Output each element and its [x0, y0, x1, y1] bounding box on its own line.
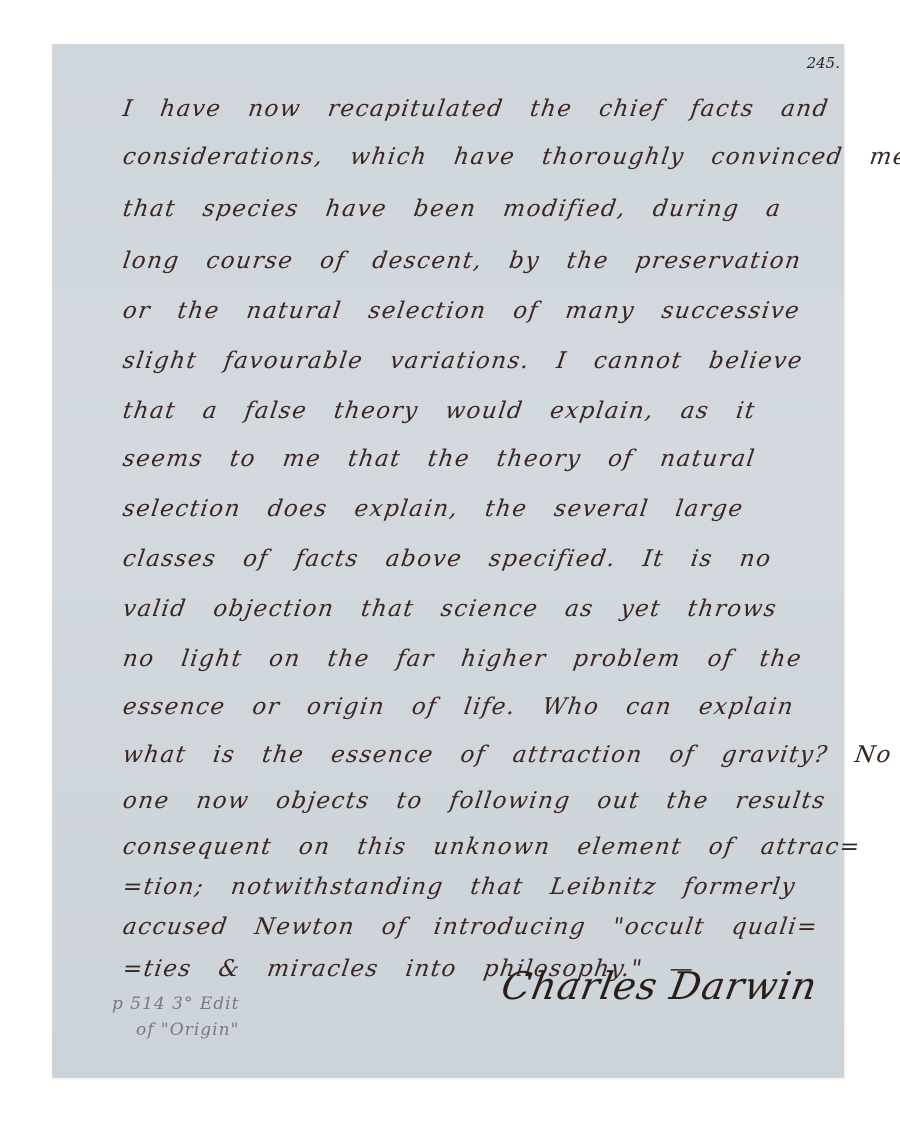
text-line-16: consequent on this unknown element of at…: [119, 834, 815, 874]
text-line-10: classes of facts above specified. It is …: [119, 546, 815, 586]
text-line-1: I have now recapitulated the chief facts…: [119, 96, 815, 136]
text-line-18: accused Newton of introducing "occult qu…: [119, 914, 815, 954]
text-line-3: that species have been modified, during …: [119, 196, 815, 236]
text-line-17: =tion; notwithstanding that Leibnitz for…: [119, 874, 815, 914]
text-line-13: essence or origin of life. Who can expla…: [119, 694, 815, 734]
text-line-6: slight favourable variations. I cannot b…: [119, 348, 815, 388]
margin-note-line-1: p 514 3° Edit: [112, 994, 239, 1014]
text-line-9: selection does explain, the several larg…: [119, 496, 815, 536]
signature: Charles Darwin: [498, 964, 821, 1008]
margin-note-line-2: of "Origin": [136, 1020, 239, 1040]
text-line-12: no light on the far higher problem of th…: [119, 646, 815, 686]
text-line-4: long course of descent, by the preservat…: [119, 248, 815, 288]
text-line-15: one now objects to following out the res…: [119, 788, 815, 828]
text-line-5: or the natural selection of many success…: [119, 298, 815, 338]
text-line-11: valid objection that science as yet thro…: [119, 596, 815, 636]
text-line-14: what is the essence of attraction of gra…: [119, 742, 815, 782]
page-number: 245.: [807, 54, 840, 72]
manuscript-page: 245. I have now recapitulated the chief …: [52, 44, 844, 1078]
text-line-2: considerations, which have thoroughly co…: [119, 144, 815, 184]
text-line-7: that a false theory would explain, as it: [119, 398, 815, 438]
text-line-8: seems to me that the theory of natural: [119, 446, 815, 486]
